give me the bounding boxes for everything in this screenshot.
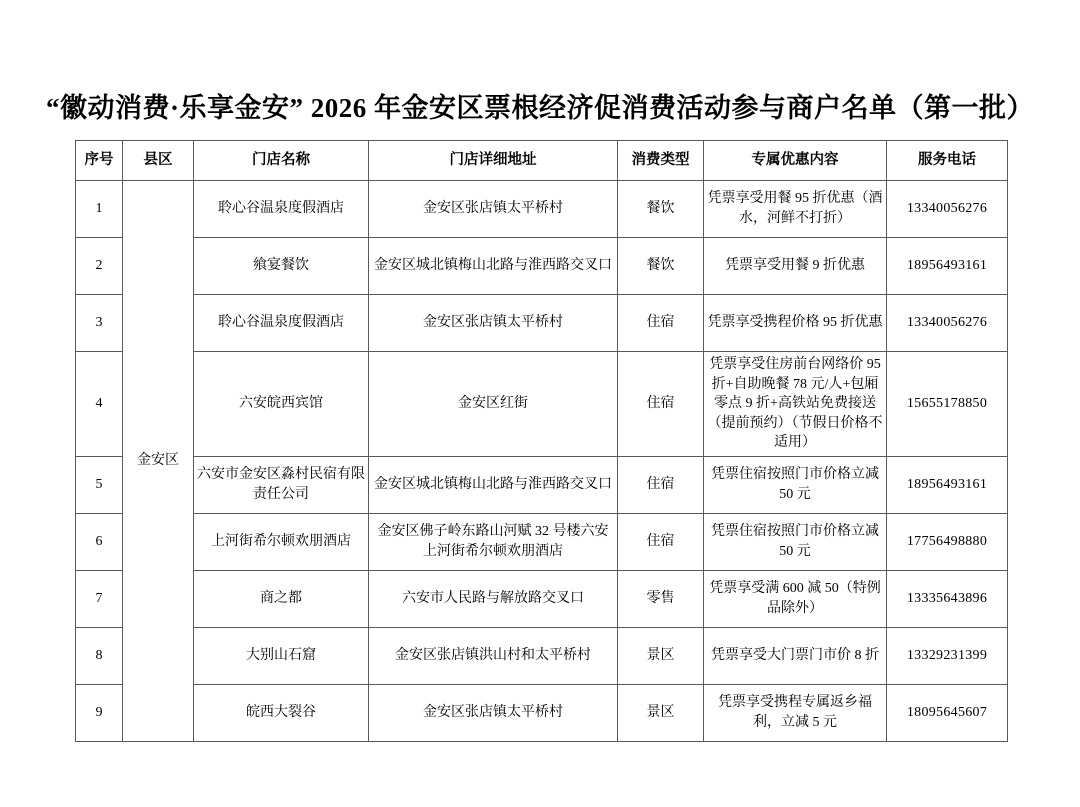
cell-phone: 15655178850 [887, 352, 1008, 457]
cell-no: 4 [76, 352, 123, 457]
merchant-table: 序号 县区 门店名称 门店详细地址 消费类型 专属优惠内容 服务电话 1金安区聆… [75, 140, 1008, 742]
header-address: 门店详细地址 [369, 141, 618, 181]
cell-no: 1 [76, 181, 123, 238]
cell-type: 住宿 [618, 513, 704, 570]
cell-offer: 凭票享受携程价格 95 折优惠 [704, 295, 887, 352]
header-no: 序号 [76, 141, 123, 181]
cell-no: 9 [76, 684, 123, 741]
cell-address: 金安区张店镇太平桥村 [369, 295, 618, 352]
cell-address: 金安区张店镇洪山村和太平桥村 [369, 627, 618, 684]
cell-address: 金安区张店镇太平桥村 [369, 684, 618, 741]
table-row: 3聆心谷温泉度假酒店金安区张店镇太平桥村住宿凭票享受携程价格 95 折优惠133… [76, 295, 1008, 352]
cell-store-name: 飨宴餐饮 [194, 238, 369, 295]
cell-phone: 18956493161 [887, 456, 1008, 513]
cell-offer: 凭票享受用餐 95 折优惠（酒水，河鲜不打折） [704, 181, 887, 238]
cell-address: 金安区张店镇太平桥村 [369, 181, 618, 238]
cell-offer: 凭票享受携程专属返乡福利，立减 5 元 [704, 684, 887, 741]
cell-county: 金安区 [123, 181, 194, 742]
cell-store-name: 聆心谷温泉度假酒店 [194, 295, 369, 352]
table-row: 6上河街希尔顿欢朋酒店金安区佛子岭东路山河赋 32 号楼六安上河街希尔顿欢朋酒店… [76, 513, 1008, 570]
cell-store-name: 聆心谷温泉度假酒店 [194, 181, 369, 238]
cell-phone: 13335643896 [887, 570, 1008, 627]
cell-no: 8 [76, 627, 123, 684]
document-page: “徽动消费·乐享金安” 2026 年金安区票根经济促消费活动参与商户名单（第一批… [0, 0, 1080, 807]
cell-store-name: 商之都 [194, 570, 369, 627]
cell-store-name: 六安皖西宾馆 [194, 352, 369, 457]
cell-type: 零售 [618, 570, 704, 627]
cell-no: 2 [76, 238, 123, 295]
cell-offer: 凭票享受住房前台网络价 95 折+自助晚餐 78 元/人+包厢零点 9 折+高铁… [704, 352, 887, 457]
cell-type: 住宿 [618, 456, 704, 513]
cell-store-name: 大别山石窟 [194, 627, 369, 684]
cell-address: 六安市人民路与解放路交叉口 [369, 570, 618, 627]
cell-offer: 凭票享受用餐 9 折优惠 [704, 238, 887, 295]
cell-type: 住宿 [618, 295, 704, 352]
table-header-row: 序号 县区 门店名称 门店详细地址 消费类型 专属优惠内容 服务电话 [76, 141, 1008, 181]
cell-offer: 凭票享受满 600 减 50（特例品除外） [704, 570, 887, 627]
table-row: 1金安区聆心谷温泉度假酒店金安区张店镇太平桥村餐饮凭票享受用餐 95 折优惠（酒… [76, 181, 1008, 238]
header-county: 县区 [123, 141, 194, 181]
cell-offer: 凭票住宿按照门市价格立减 50 元 [704, 456, 887, 513]
cell-store-name: 六安市金安区淼村民宿有限责任公司 [194, 456, 369, 513]
table-row: 5六安市金安区淼村民宿有限责任公司金安区城北镇梅山北路与淮西路交叉口住宿凭票住宿… [76, 456, 1008, 513]
cell-no: 3 [76, 295, 123, 352]
header-type: 消费类型 [618, 141, 704, 181]
cell-phone: 13340056276 [887, 181, 1008, 238]
cell-address: 金安区城北镇梅山北路与淮西路交叉口 [369, 238, 618, 295]
page-title: “徽动消费·乐享金安” 2026 年金安区票根经济促消费活动参与商户名单（第一批… [0, 0, 1080, 140]
cell-type: 餐饮 [618, 238, 704, 295]
cell-phone: 13340056276 [887, 295, 1008, 352]
cell-address: 金安区佛子岭东路山河赋 32 号楼六安上河街希尔顿欢朋酒店 [369, 513, 618, 570]
cell-store-name: 上河街希尔顿欢朋酒店 [194, 513, 369, 570]
cell-phone: 18956493161 [887, 238, 1008, 295]
header-offer: 专属优惠内容 [704, 141, 887, 181]
table-row: 8大别山石窟金安区张店镇洪山村和太平桥村景区凭票享受大门票门市价 8 折1332… [76, 627, 1008, 684]
table-row: 9皖西大裂谷金安区张店镇太平桥村景区凭票享受携程专属返乡福利，立减 5 元180… [76, 684, 1008, 741]
cell-type: 住宿 [618, 352, 704, 457]
header-phone: 服务电话 [887, 141, 1008, 181]
cell-address: 金安区红街 [369, 352, 618, 457]
cell-no: 5 [76, 456, 123, 513]
cell-offer: 凭票住宿按照门市价格立减 50 元 [704, 513, 887, 570]
cell-phone: 17756498880 [887, 513, 1008, 570]
cell-no: 6 [76, 513, 123, 570]
cell-type: 景区 [618, 684, 704, 741]
cell-type: 景区 [618, 627, 704, 684]
cell-phone: 13329231399 [887, 627, 1008, 684]
cell-type: 餐饮 [618, 181, 704, 238]
table-row: 2飨宴餐饮金安区城北镇梅山北路与淮西路交叉口餐饮凭票享受用餐 9 折优惠1895… [76, 238, 1008, 295]
cell-offer: 凭票享受大门票门市价 8 折 [704, 627, 887, 684]
table-row: 7商之都六安市人民路与解放路交叉口零售凭票享受满 600 减 50（特例品除外）… [76, 570, 1008, 627]
merchant-table-body: 1金安区聆心谷温泉度假酒店金安区张店镇太平桥村餐饮凭票享受用餐 95 折优惠（酒… [76, 181, 1008, 742]
cell-no: 7 [76, 570, 123, 627]
cell-phone: 18095645607 [887, 684, 1008, 741]
cell-address: 金安区城北镇梅山北路与淮西路交叉口 [369, 456, 618, 513]
table-row: 4六安皖西宾馆金安区红街住宿凭票享受住房前台网络价 95 折+自助晚餐 78 元… [76, 352, 1008, 457]
header-store-name: 门店名称 [194, 141, 369, 181]
cell-store-name: 皖西大裂谷 [194, 684, 369, 741]
